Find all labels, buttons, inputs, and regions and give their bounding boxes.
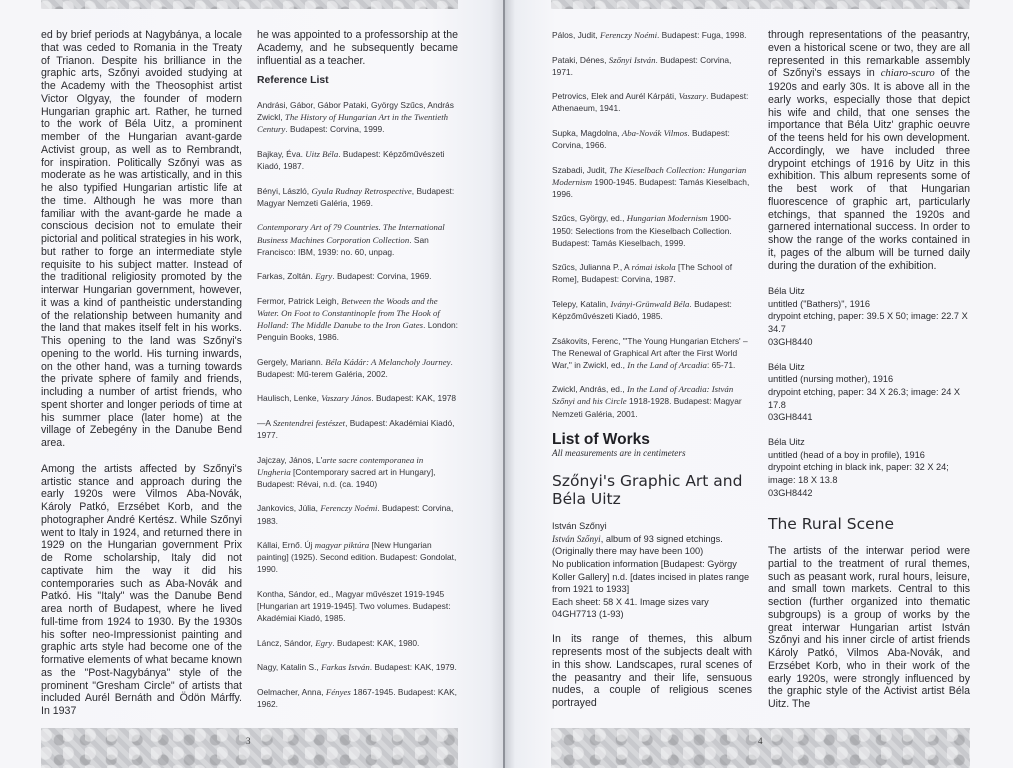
reference-item: Pataki, Dénes, Szőnyi István. Budapest: … [552,54,752,78]
reference-item: Bajkay, Éva. Uitz Béla. Budapest: Képzőm… [257,148,458,172]
work-title: untitled (head of a boy in profile), 191… [768,449,970,462]
reference-item: Jajczay, János, L'arte sacre contemporan… [257,454,458,490]
section-heading-rural-scene: The Rural Scene [768,515,970,533]
body-paragraph: ed by brief periods at Nagybánya, a loca… [41,29,242,450]
body-paragraph: The artists of the interwar period were … [768,545,970,711]
bottom-texture-band [41,728,458,768]
work-title: untitled (nursing mother), 1916 [768,373,970,386]
reference-item: Láncz, Sándor, Egry. Budapest: KAK, 1980… [257,637,458,649]
reference-item: Jankovics, Júlia, Ferenczy Noémi. Budape… [257,502,458,526]
reference-item: Pálos, Judit, Ferenczy Noémi. Budapest: … [552,29,752,41]
reference-item: Zsákovits, Ferenc, "'The Young Hungarian… [552,335,752,371]
reference-item: Nagy, Katalin S., Farkas István. Budapes… [257,661,458,673]
work-medium: drypoint etching, paper: 34 X 26.3; imag… [768,386,970,411]
reference-item: Petrovics, Elek and Aurél Kárpáti, Vasza… [552,90,752,114]
right-column-1: Pálos, Judit, Ferenczy Noémi. Budapest: … [552,29,752,710]
body-paragraph: through representations of the peasantry… [768,29,970,272]
reference-item: Fermor, Patrick Leigh, Between the Woods… [257,295,458,343]
work-id: 03GH8442 [768,487,970,500]
work-id: 03GH8440 [768,336,970,349]
work-size: Each sheet: 58 X 41. Image sizes vary [552,596,752,609]
work-publication: No publication information [Budapest: Gy… [552,558,752,596]
reference-item: Haulisch, Lenke, Vaszary János. Budapest… [257,392,458,404]
reference-item: Farkas, Zoltán. Egry. Budapest: Corvina,… [257,270,458,282]
work-artist: Béla Uitz [768,285,970,298]
reference-item: Supka, Magdolna, Aba-Novák Vilmos. Budap… [552,127,752,151]
work-artist: István Szőnyi [552,520,752,533]
body-paragraph: Among the artists affected by Szőnyi's a… [41,463,242,718]
top-texture-band [41,0,458,9]
page-number-left: 3 [246,736,251,746]
reference-item: Telepy, Katalin, Iványi-Grünwald Béla. B… [552,298,752,322]
list-of-works-heading: List of Works [552,432,752,448]
intro-paragraph: he was appointed to a professorship at t… [257,29,458,67]
reference-item: —A Szentendrei festészet, Budapest: Akad… [257,417,458,441]
reference-item: Szűcs, Julianna P., A római iskola [The … [552,261,752,285]
work-id: 03GH8441 [768,411,970,424]
reference-list-heading: Reference List [257,75,458,86]
right-column-2: through representations of the peasantry… [768,29,970,711]
page-number-right: 4 [758,736,763,746]
measurements-note: All measurements are in centimeters [552,448,752,458]
work-artist: Béla Uitz [768,436,970,449]
work-medium: drypoint etching, paper: 39.5 X 50; imag… [768,310,970,335]
work-entry: István Szőnyi István Szőnyi, album of 93… [552,520,752,621]
work-medium: drypoint etching in black ink, paper: 32… [768,461,970,486]
reference-item: Szűcs, György, ed., Hungarian Modernism … [552,212,752,248]
reference-item: Kállai, Ernő. Új magyar piktúra [New Hun… [257,539,458,575]
work-note: (Originally there may have been 100) [552,545,752,558]
work-entry: Béla Uitz untitled (nursing mother), 191… [768,361,970,424]
work-id: 04GH7713 (1-93) [552,608,752,621]
reference-item: Szabadi, Judit, The Kieselbach Collectio… [552,164,752,200]
top-texture-band [551,0,970,9]
reference-list-continued: Pálos, Judit, Ferenczy Noémi. Budapest: … [552,29,752,420]
work-title: untitled ("Bathers)", 1916 [768,298,970,311]
work-entry: Béla Uitz untitled ("Bathers)", 1916 dry… [768,285,970,348]
reference-item: Contemporary Art of 79 Countries. The In… [257,221,458,257]
reference-list: Andrási, Gábor, Gábor Pataki, György Szű… [257,99,458,710]
work-artist: Béla Uitz [768,361,970,374]
work-title: István Szőnyi, album of 93 signed etchin… [552,533,752,546]
work-entry: Béla Uitz untitled (head of a boy in pro… [768,436,970,499]
left-page: ed by brief periods at Nagybánya, a loca… [0,0,505,768]
reference-item: Gergely, Mariann. Béla Kádár: A Melancho… [257,356,458,380]
body-paragraph: In its range of themes, this album repre… [552,633,752,710]
section-heading-graphic-art: Szőnyi's Graphic Art and Béla Uitz [552,472,752,508]
reference-item: Bényi, László, Gyula Rudnay Retrospectiv… [257,185,458,209]
reference-item: Zwickl, András, ed., In the Land of Arca… [552,383,752,419]
reference-item: Oelmacher, Anna, Fényes 1867-1945. Budap… [257,686,458,710]
reference-item: Andrási, Gábor, Gábor Pataki, György Szű… [257,99,458,135]
right-page: Pálos, Judit, Ferenczy Noémi. Budapest: … [505,0,1013,768]
reference-item: Kontha, Sándor, ed., Magyar művészet 191… [257,588,458,624]
left-column-1: ed by brief periods at Nagybánya, a loca… [41,29,242,731]
bottom-texture-band [551,728,970,768]
left-column-2: he was appointed to a professorship at t… [257,29,458,723]
